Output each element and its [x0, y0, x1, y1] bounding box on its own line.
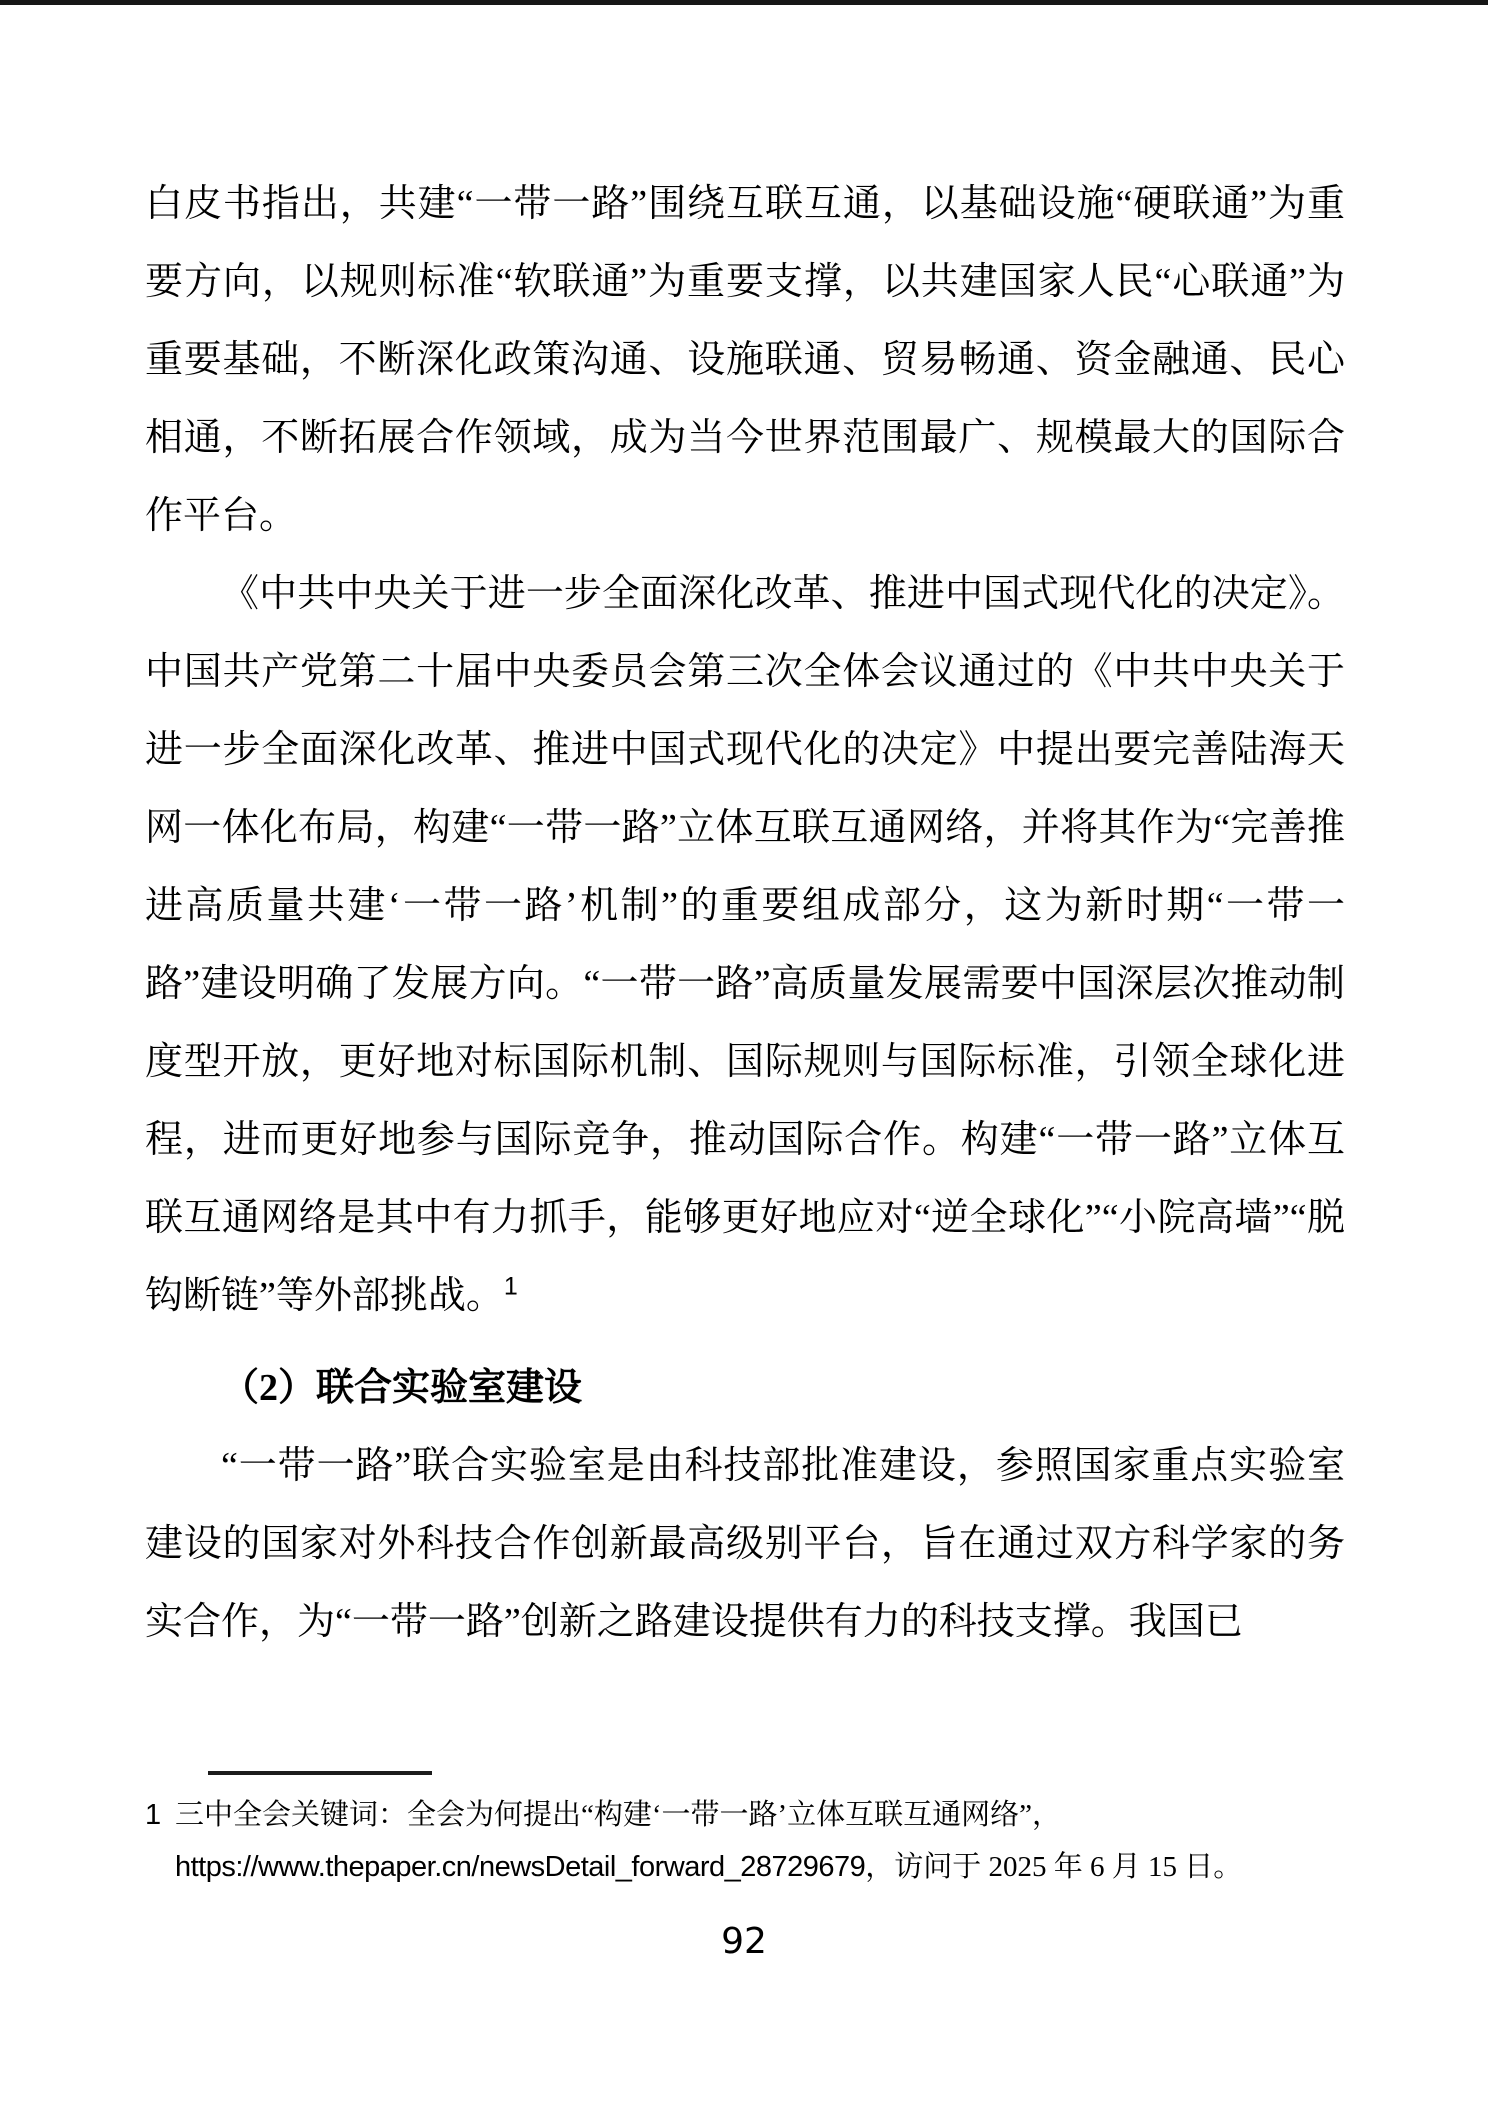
footnote-area: 1 三中全会关键词：全会为何提出“构建‘一带一路’立体互联互通网络”， http…: [145, 1771, 1345, 1893]
paragraph-ccp-decision-text: 《中共中央关于进一步全面深化改革、推进中国式现代化的决定》。中国共产党第二十届中…: [145, 573, 1345, 1317]
page-body: 白皮书指出，共建“一带一路”围绕互联互通，以基础设施“硬联通”为重要方向，以规则…: [145, 165, 1345, 1661]
paragraph-joint-lab: “一带一路”联合实验室是由科技部批准建设，参照国家重点实验室建设的国家对外科技合…: [145, 1427, 1345, 1661]
paragraph-white-paper: 白皮书指出，共建“一带一路”围绕互联互通，以基础设施“硬联通”为重要方向，以规则…: [145, 165, 1345, 555]
footnote-line-2: https://www.thepaper.cn/newsDetail_forwa…: [175, 1841, 1345, 1893]
footnote-separator-rule: [208, 1771, 432, 1775]
paragraph-ccp-decision: 《中共中央关于进一步全面深化改革、推进中国式现代化的决定》。中国共产党第二十届中…: [145, 555, 1345, 1335]
document-page: 白皮书指出，共建“一带一路”围绕互联互通，以基础设施“硬联通”为重要方向，以规则…: [0, 0, 1488, 2104]
section-heading-joint-lab: （2）联合实验室建设: [145, 1349, 1345, 1427]
footnote-access-date: ，访问于 2025 年 6 月 15 日。: [865, 1851, 1242, 1883]
footnote-url: https://www.thepaper.cn/newsDetail_forwa…: [175, 1851, 865, 1883]
footnote-reference-1: 1: [504, 1272, 518, 1300]
page-number: 92: [0, 1921, 1488, 1962]
footnote-1: 1 三中全会关键词：全会为何提出“构建‘一带一路’立体互联互通网络”， http…: [145, 1789, 1345, 1893]
footnote-line-1: 三中全会关键词：全会为何提出“构建‘一带一路’立体互联互通网络”，: [175, 1789, 1345, 1841]
footnote-marker: 1: [145, 1789, 161, 1841]
